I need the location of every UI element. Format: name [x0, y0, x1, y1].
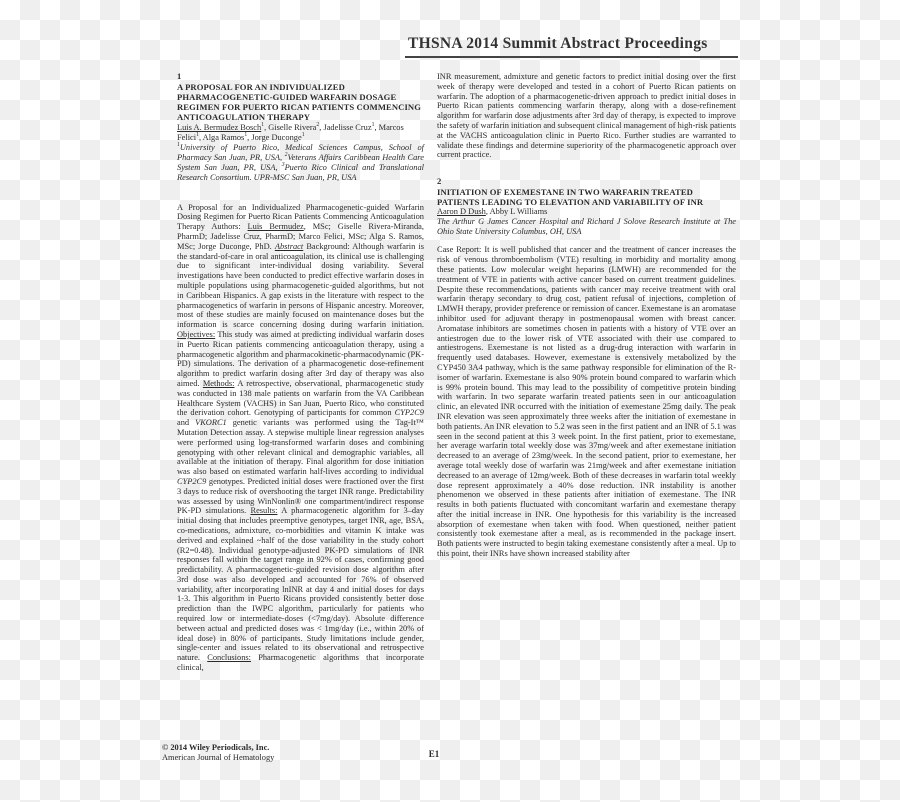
header-rule [405, 56, 738, 58]
abstract-2-authors: Aaron D Dush, Abby L Williams [437, 207, 736, 217]
abstract-2-title: INITIATION OF EXEMESTANE IN TWO WARFARIN… [437, 187, 736, 207]
abstract-1-authors: Luis A. Bermudez Bosch1, Giselle Rivera2… [177, 123, 424, 143]
proceedings-header-title: THSNA 2014 Summit Abstract Proceedings [408, 35, 708, 53]
abstract-1-title: A PROPOSAL FOR AN INDIVIDUALIZED PHARMAC… [177, 82, 424, 123]
abstract-2-number: 2 [437, 177, 736, 187]
document-page: THSNA 2014 Summit Abstract Proceedings 1… [0, 0, 900, 802]
right-column: INR measurement, admixture and genetic f… [437, 72, 736, 559]
abstract-1-number: 1 [177, 72, 424, 82]
abstract-1-body: A Proposal for an Individualized Pharmac… [177, 203, 424, 673]
abstract-2-header: 2 INITIATION OF EXEMESTANE IN TWO WARFAR… [437, 177, 736, 237]
left-column: 1 A PROPOSAL FOR AN INDIVIDUALIZED PHARM… [177, 72, 424, 673]
abstract-2-body: Case Report: It is well published that c… [437, 245, 736, 559]
page-number: E1 [160, 749, 708, 759]
abstract-2-affiliation: The Arthur G James Cancer Hospital and R… [437, 217, 736, 237]
abstract-1-body-continued: INR measurement, admixture and genetic f… [437, 72, 736, 160]
abstract-1-affiliation: 1University of Puerto Rico, Medical Scie… [177, 143, 424, 183]
